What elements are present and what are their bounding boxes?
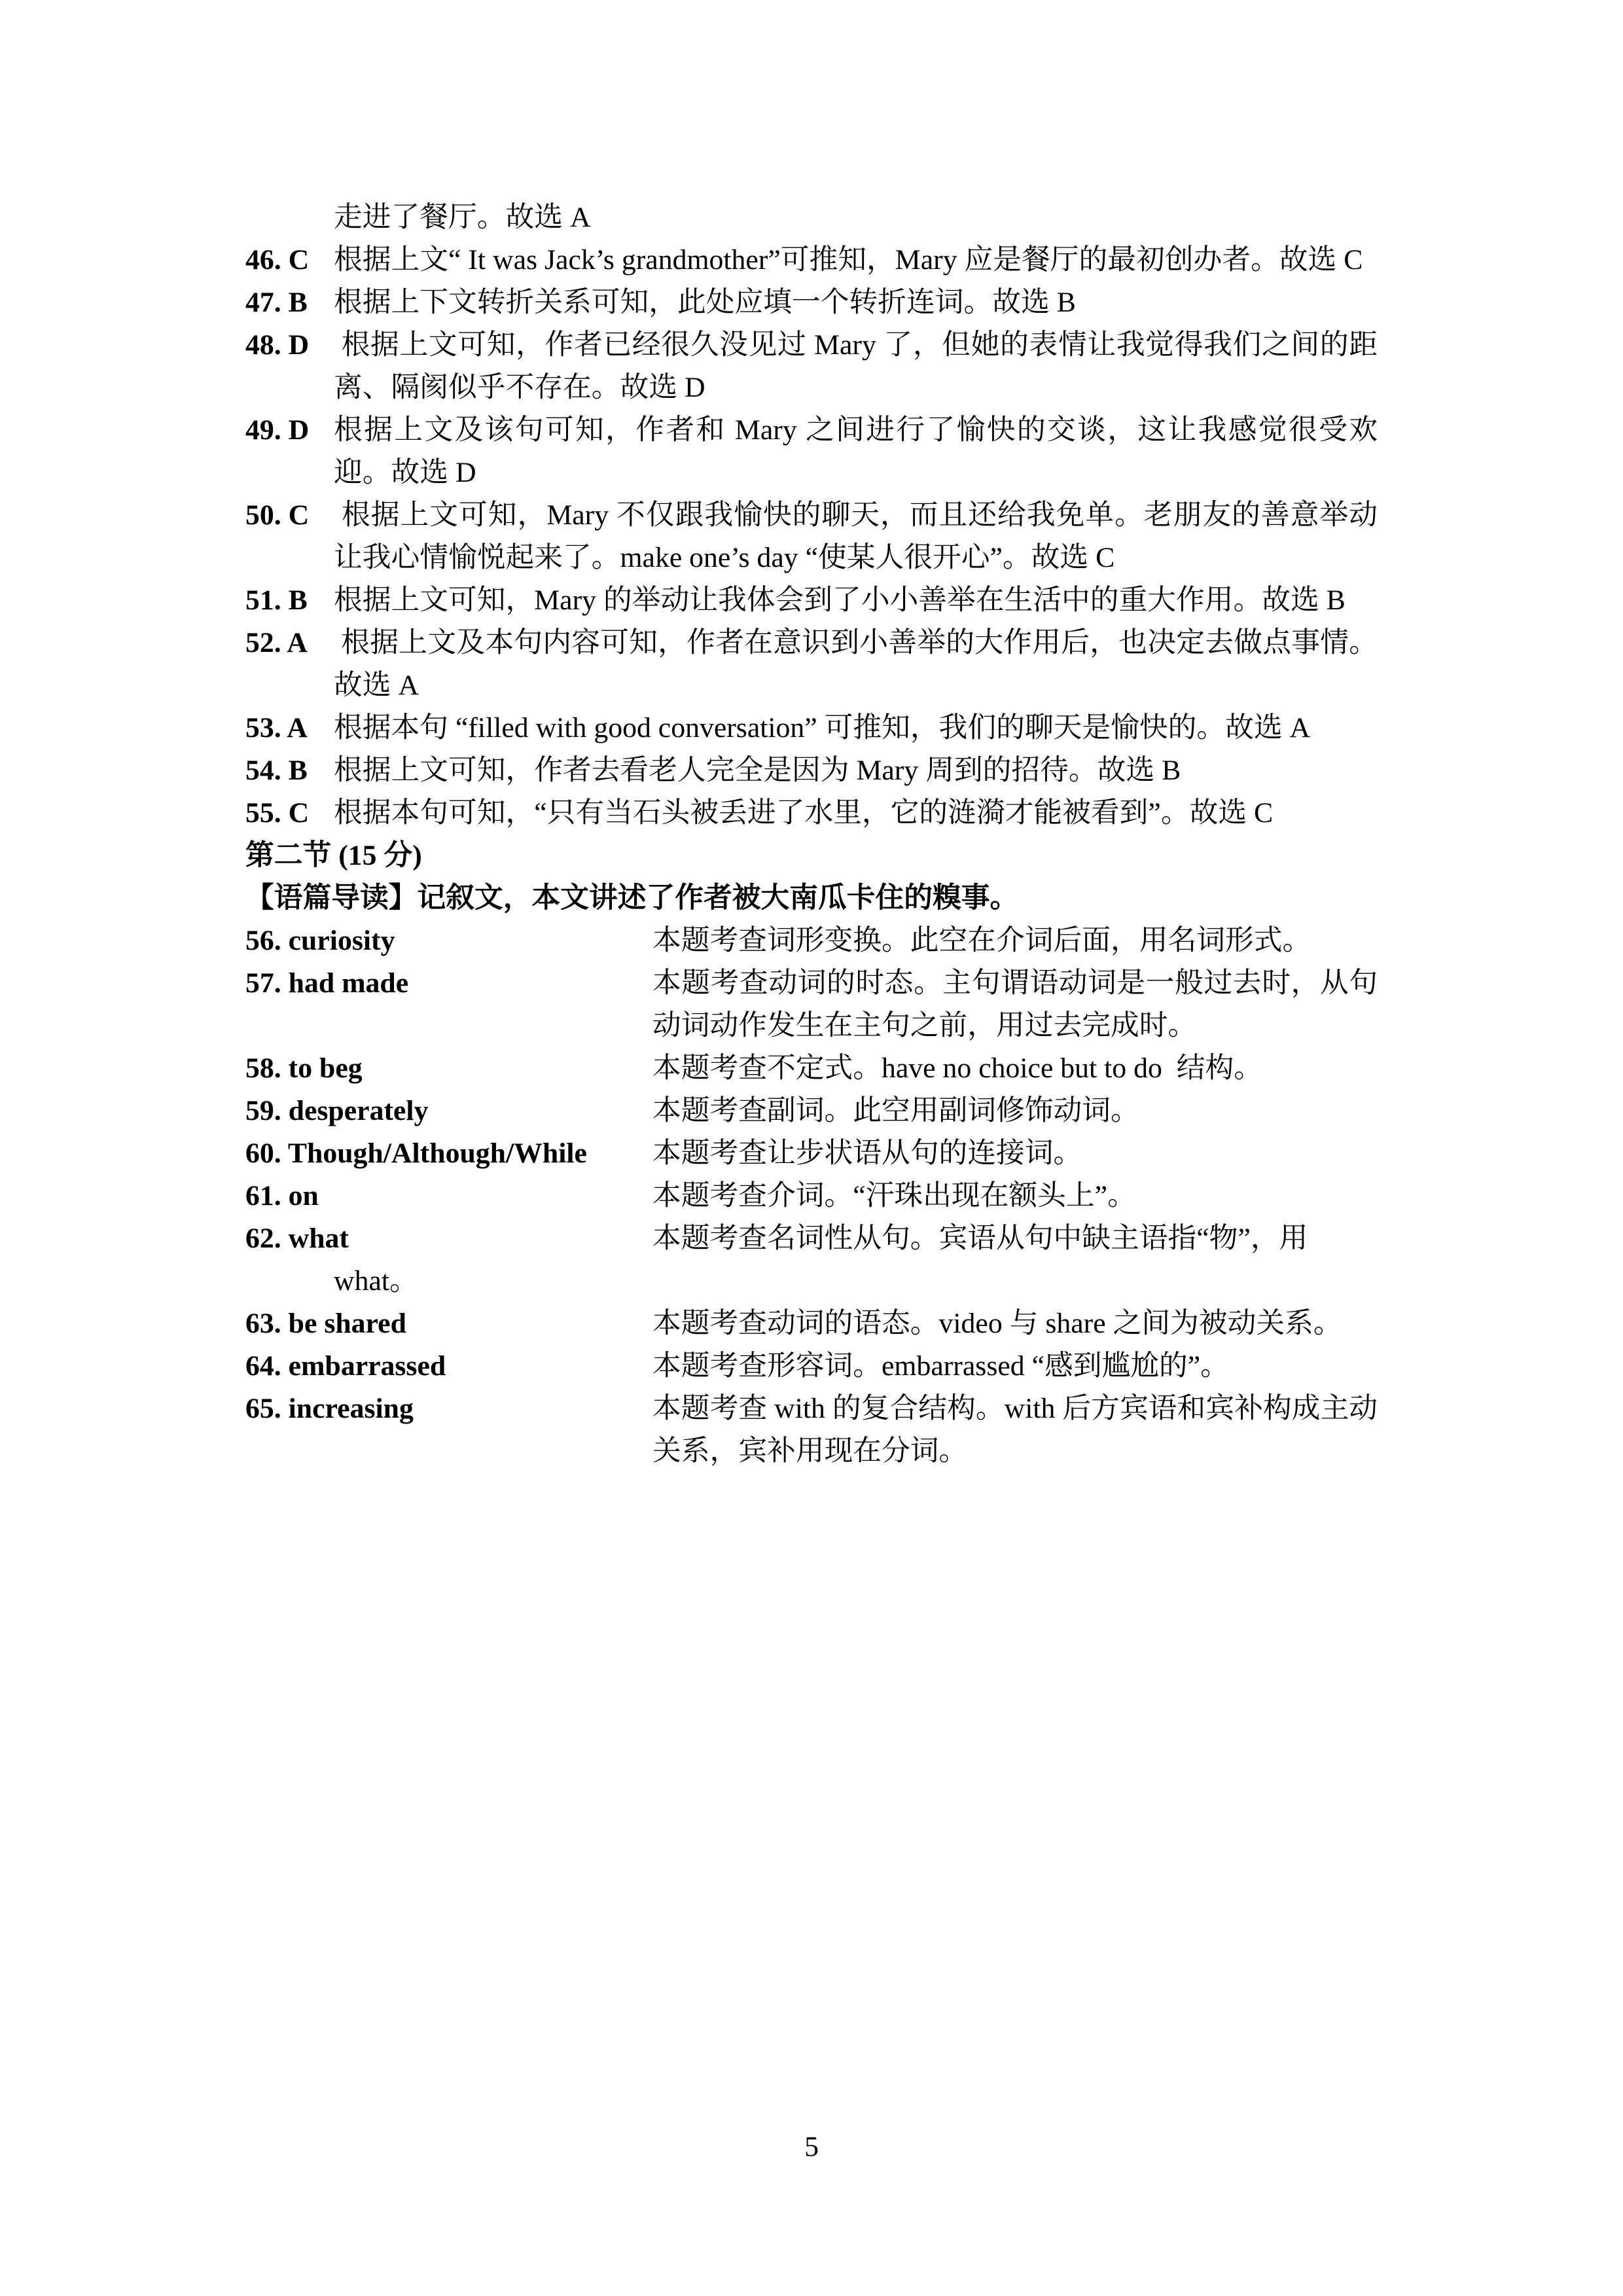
answer-explanation: 本题考查动词的时态。主句谓语动词是一般过去时，从句动词动作发生在主句之前，用过去…: [652, 962, 1378, 1047]
answer-explanation: 根据上文及该句可知，作者和 Mary 之间进行了愉快的交谈，这让我感觉很受欢迎。…: [334, 409, 1378, 494]
answer-number: 46. C: [245, 239, 334, 281]
grammar-item-62: 62. what 本题考查名词性从句。宾语从句中缺主语指“物”，用: [245, 1217, 1378, 1260]
answer-item-53: 53. A 根据本句 “filled with good conversatio…: [245, 707, 1378, 749]
answer-number: 61. on: [245, 1175, 652, 1217]
answer-number: 65. increasing: [245, 1388, 652, 1430]
grammar-item-56: 56. curiosity 本题考查词形变换。此空在介词后面，用名词形式。: [245, 920, 1378, 962]
answer-number: 51. B: [245, 579, 334, 622]
answer-number: 48. D: [245, 324, 334, 367]
answer-number: 53. A: [245, 707, 334, 749]
answer-number: 59. desperately: [245, 1090, 652, 1132]
answer-explanation: 根据本句 “filled with good conversation” 可推知…: [334, 707, 1378, 749]
document-page: 走进了餐厅。故选 A 46. C 根据上文“ It was Jack’s gra…: [0, 0, 1623, 2296]
answer-explanation: 本题考查词形变换。此空在介词后面，用名词形式。: [652, 920, 1378, 962]
answer-number: 58. to beg: [245, 1047, 652, 1090]
answer-explanation: 根据本句可知，“只有当石头被丢进了水里，它的涟漪才能被看到”。故选 C: [334, 792, 1378, 834]
section-heading: 第二节 (15 分): [245, 834, 1378, 877]
answer-number: 52. A: [245, 622, 334, 664]
answer-explanation: 本题考查不定式。have no choice but to do 结构。: [652, 1047, 1378, 1090]
answer-explanation: 本题考查副词。此空用副词修饰动词。: [652, 1090, 1378, 1132]
answer-explanation: 本题考查让步状语从句的连接词。: [652, 1132, 1378, 1175]
answer-item-50: 50. C 根据上文可知，Mary 不仅跟我愉快的聊天，而且还给我免单。老朋友的…: [245, 494, 1378, 579]
answer-explanation: 本题考查动词的语态。video 与 share 之间为被动关系。: [652, 1302, 1378, 1345]
answer-explanation: 本题考查名词性从句。宾语从句中缺主语指“物”，用: [652, 1217, 1378, 1260]
answer-explanation: 根据上下文转折关系可知，此处应填一个转折连词。故选 B: [334, 281, 1378, 324]
answer-explanation: 本题考查形容词。embarrassed “感到尴尬的”。: [652, 1345, 1378, 1388]
answer-explanation: 根据上文可知，Mary 的举动让我体会到了小小善举在生活中的重大作用。故选 B: [334, 579, 1378, 622]
carryover-line: 走进了餐厅。故选 A: [245, 196, 1378, 239]
answer-item-49: 49. D 根据上文及该句可知，作者和 Mary 之间进行了愉快的交谈，这让我感…: [245, 409, 1378, 494]
answer-explanation: 根据上文可知，作者已经很久没见过 Mary 了，但她的表情让我觉得我们之间的距离…: [334, 324, 1378, 409]
answer-number: 64. embarrassed: [245, 1345, 652, 1388]
answer-explanation: 本题考查 with 的复合结构。with 后方宾语和宾补构成主动关系，宾补用现在…: [652, 1388, 1378, 1473]
answer-explanation: 本题考查介词。“汗珠出现在额头上”。: [652, 1175, 1378, 1217]
answer-item-51: 51. B 根据上文可知，Mary 的举动让我体会到了小小善举在生活中的重大作用…: [245, 579, 1378, 622]
answer-explanation: 根据上文“ It was Jack’s grandmother”可推知，Mary…: [334, 239, 1378, 281]
answer-number: 47. B: [245, 281, 334, 324]
answer-number: 63. be shared: [245, 1302, 652, 1345]
grammar-item-63: 63. be shared 本题考查动词的语态。video 与 share 之间…: [245, 1302, 1378, 1345]
answer-item-54: 54. B 根据上文可知，作者去看老人完全是因为 Mary 周到的招待。故选 B: [245, 749, 1378, 792]
answer-explanation: 根据上文可知，Mary 不仅跟我愉快的聊天，而且还给我免单。老朋友的善意举动让我…: [334, 494, 1378, 579]
answer-number: 50. C: [245, 494, 334, 537]
grammar-item-58: 58. to beg 本题考查不定式。have no choice but to…: [245, 1047, 1378, 1090]
answer-number: 57. had made: [245, 962, 652, 1005]
grammar-item-65: 65. increasing 本题考查 with 的复合结构。with 后方宾语…: [245, 1388, 1378, 1473]
answer-continuation: what。: [245, 1260, 1378, 1302]
grammar-item-64: 64. embarrassed 本题考查形容词。embarrassed “感到尴…: [245, 1345, 1378, 1388]
answer-item-46: 46. C 根据上文“ It was Jack’s grandmother”可推…: [245, 239, 1378, 281]
answer-number: 49. D: [245, 409, 334, 452]
answer-item-55: 55. C 根据本句可知，“只有当石头被丢进了水里，它的涟漪才能被看到”。故选 …: [245, 792, 1378, 834]
answer-number: 60. Though/Although/While: [245, 1132, 652, 1175]
answer-item-52: 52. A 根据上文及本句内容可知，作者在意识到小善举的大作用后，也决定去做点事…: [245, 622, 1378, 707]
grammar-item-61: 61. on 本题考查介词。“汗珠出现在额头上”。: [245, 1175, 1378, 1217]
answer-number: 62. what: [245, 1217, 652, 1260]
passage-guide: 【语篇导读】记叙文，本文讲述了作者被大南瓜卡住的糗事。: [245, 877, 1378, 920]
grammar-item-57: 57. had made 本题考查动词的时态。主句谓语动词是一般过去时，从句动词…: [245, 962, 1378, 1047]
answer-item-48: 48. D 根据上文可知，作者已经很久没见过 Mary 了，但她的表情让我觉得我…: [245, 324, 1378, 409]
answer-number: 54. B: [245, 749, 334, 792]
answer-explanation: 根据上文及本句内容可知，作者在意识到小善举的大作用后，也决定去做点事情。故选 A: [334, 622, 1378, 707]
answer-explanation: 根据上文可知，作者去看老人完全是因为 Mary 周到的招待。故选 B: [334, 749, 1378, 792]
grammar-item-60: 60. Though/Although/While 本题考查让步状语从句的连接词…: [245, 1132, 1378, 1175]
answer-number: 55. C: [245, 792, 334, 834]
answer-item-47: 47. B 根据上下文转折关系可知，此处应填一个转折连词。故选 B: [245, 281, 1378, 324]
answer-key-content: 走进了餐厅。故选 A 46. C 根据上文“ It was Jack’s gra…: [245, 196, 1378, 1473]
page-number: 5: [0, 2126, 1623, 2168]
grammar-item-59: 59. desperately 本题考查副词。此空用副词修饰动词。: [245, 1090, 1378, 1132]
answer-number: 56. curiosity: [245, 920, 652, 962]
